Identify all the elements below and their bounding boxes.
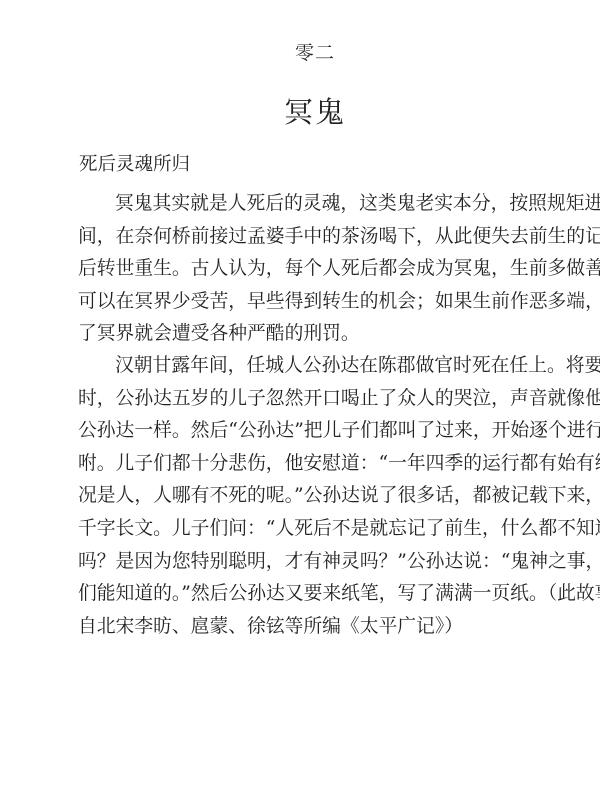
paragraph-2: 汉朝甘露年间，任城人公孙达在陈郡做官时死在任上。将要入殓 时，公孙达五岁的儿子忽… [78,350,552,643]
text-line: 时，公孙达五岁的儿子忽然开口喝止了众人的哭泣，声音就像他的父亲 [78,383,552,416]
text-line: 公孙达一样。然后“公孙达”把儿子们都叫了过来，开始逐个进行训导嘱 [78,415,552,448]
chapter-number: 零二 [0,38,600,65]
chapter-title: 冥鬼 [0,90,600,131]
section-subtitle: 死后灵魂所归 [79,150,190,176]
text-line: 冥鬼其实就是人死后的灵魂，这类鬼老实本分，按照规矩进入阴 [78,188,552,221]
paragraph-1: 冥鬼其实就是人死后的灵魂，这类鬼老实本分，按照规矩进入阴 间，在奈何桥前接过孟婆… [78,188,552,351]
text-line: 了冥界就会遭受各种严酷的刑罚。 [78,318,552,351]
text-line: 后转世重生。古人认为，每个人死后都会成为冥鬼，生前多做善事，便 [78,253,552,286]
text-line: 千字长文。儿子们问：“人死后不是就忘记了前生，什么都不知道了 [78,513,552,546]
text-line: 们能知道的。”然后公孙达又要来纸笔，写了满满一页纸。（此故事出 [78,578,552,611]
text-line: 间，在奈何桥前接过孟婆手中的茶汤喝下，从此便失去前生的记忆，然 [78,221,552,254]
text-line: 咐。儿子们都十分悲伤，他安慰道：“一年四季的运行都有始有终，何 [78,448,552,481]
text-line: 可以在冥界少受苦，早些得到转生的机会；如果生前作恶多端，死后到 [78,286,552,319]
text-line: 吗？是因为您特别聪明，才有神灵吗？”公孙达说：“鬼神之事，不是你 [78,546,552,579]
text-line: 况是人，人哪有不死的呢。”公孙达说了很多话，都被记载下来，成了 [78,480,552,513]
text-line: 汉朝甘露年间，任城人公孙达在陈郡做官时死在任上。将要入殓 [78,350,552,383]
text-line: 自北宋李昉、扈蒙、徐铉等所编《太平广记》） [78,611,552,644]
